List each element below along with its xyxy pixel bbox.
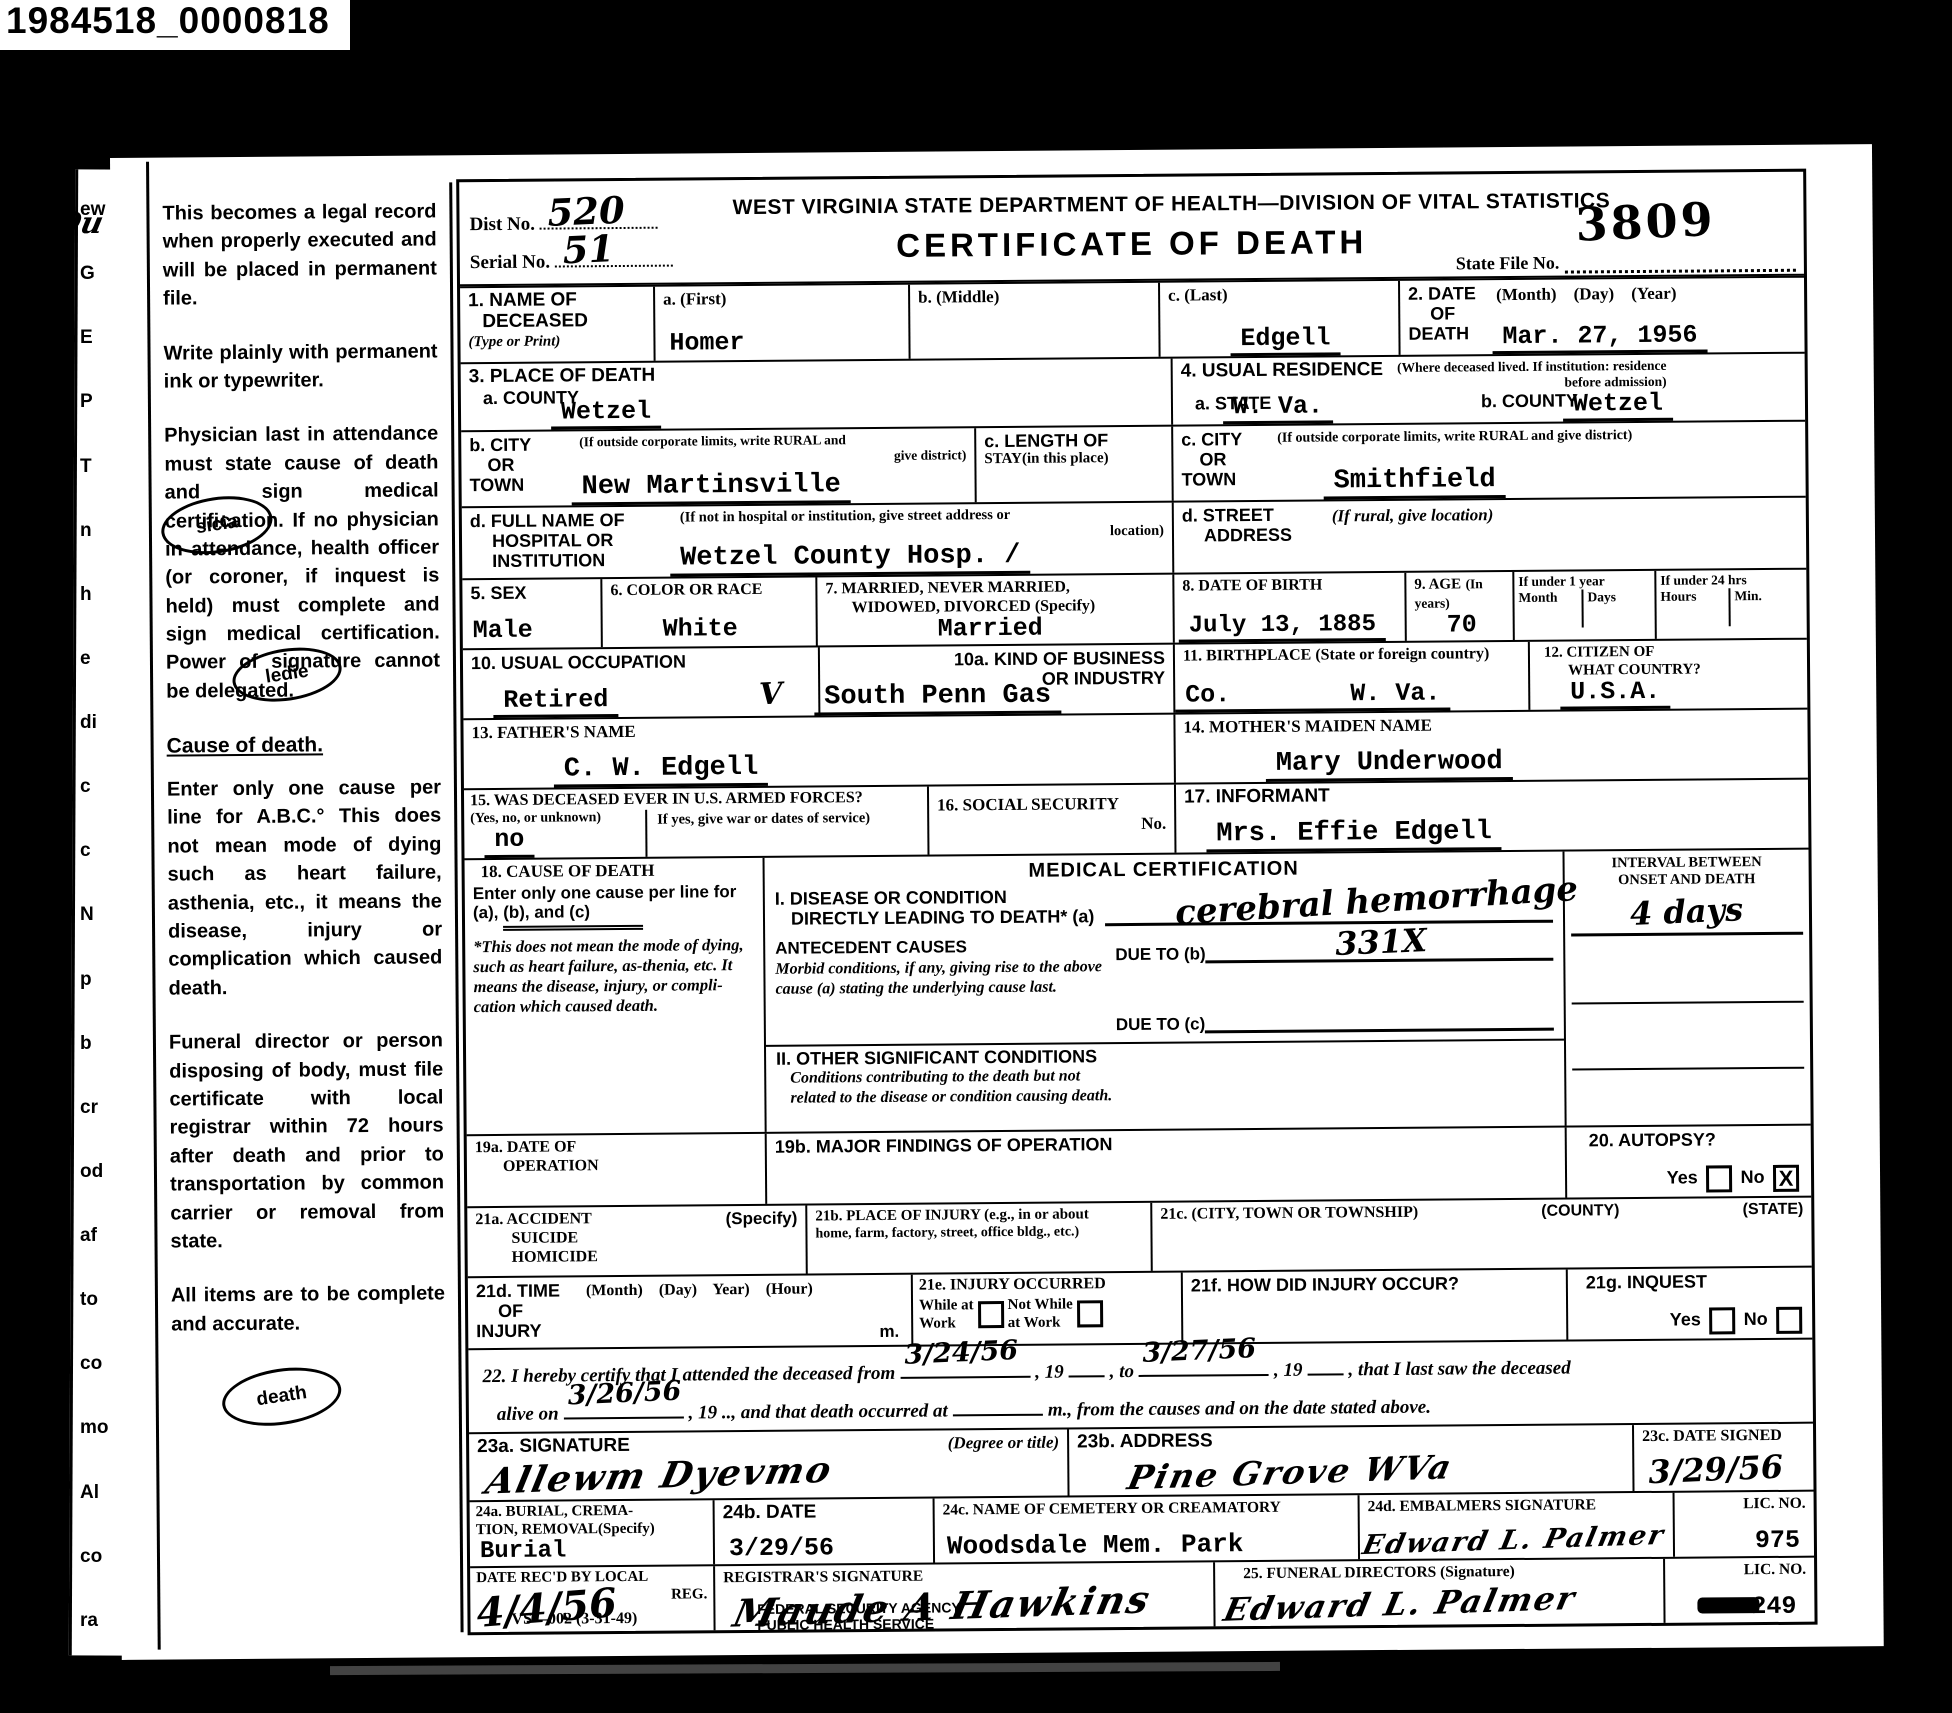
field-18-cause-of-death: 18. CAUSE OF DEATH Enter only one cause … xyxy=(465,858,767,1134)
date-of-birth-value: July 13, 1885 xyxy=(1179,612,1386,643)
death-certificate-document: This becomes a legal record when properl… xyxy=(110,144,1884,1660)
torn-edge-fragment: co xyxy=(80,1354,110,1373)
city-value: New Martinsville xyxy=(571,471,850,506)
field-label: 21f. HOW DID INJURY OCCUR? xyxy=(1191,1273,1558,1296)
torn-edge-fragment: G xyxy=(80,264,110,283)
scan-artifact-streak xyxy=(330,1662,1280,1675)
while-at-work-label: While at xyxy=(919,1297,974,1315)
disease-condition-line: I. DISEASE OR CONDITION DIRECTLY LEADING… xyxy=(775,883,1553,929)
handwritten-check-mark: V xyxy=(758,676,783,712)
field-label: 4. USUAL RESIDENCE xyxy=(1181,360,1384,393)
field-23c-date-signed: 23c. DATE SIGNED 3/29/56 xyxy=(1634,1424,1814,1491)
due-to-b-value: 331X xyxy=(1335,921,1428,963)
field-label: TOWN xyxy=(1181,469,1277,490)
certificate-form: Dist No. 520 Serial No. 51 WEST VIRGINIA… xyxy=(456,169,1817,1636)
certify-text: , 19 xyxy=(1035,1362,1064,1383)
field-label: (COUNTY) xyxy=(1541,1202,1619,1221)
embalmer-license-value: 975 xyxy=(1755,1528,1800,1555)
field-label: 23c. DATE SIGNED xyxy=(1642,1427,1805,1447)
burial-date-value: 3/29/56 xyxy=(729,1535,834,1562)
field-note: Month xyxy=(1518,589,1581,627)
field-7-marital-status: 7. MARRIED, NEVER MARRIED, WIDOWED, DIVO… xyxy=(817,575,1175,646)
field-label: (STATE) xyxy=(1743,1201,1804,1220)
race-value: White xyxy=(663,616,738,643)
torn-edge-fragment: b xyxy=(80,1034,110,1053)
age-value: 70 xyxy=(1447,612,1477,638)
field-1a-first-name: a. (First) Homer xyxy=(655,285,911,361)
field-1-name-of-deceased: 1. NAME OF DECEASED (Type or Print) xyxy=(460,287,656,363)
date-signed-value: 3/29/56 xyxy=(1648,1448,1784,1492)
field-label: 12. CITIZEN OF xyxy=(1538,643,1799,663)
due-to-b-label: DUE TO (b) xyxy=(1115,945,1206,965)
field-label: 9. AGE xyxy=(1414,576,1461,592)
certify-text: , 19 .. xyxy=(689,1402,732,1423)
field-label: 23a. SIGNATURE xyxy=(477,1436,630,1458)
due-to-b-line: DUE TO (b) 331X xyxy=(1115,933,1553,964)
certify-text: 22. I hereby certify that I attended the… xyxy=(482,1363,895,1387)
field-label: INSTITUTION xyxy=(470,550,680,572)
field-label: 13. FATHER'S NAME xyxy=(471,718,1165,743)
informant-value: Mrs. Effie Edgell xyxy=(1206,818,1502,853)
interval-value: 4 days xyxy=(1630,890,1745,933)
field-3d-hospital: d. FULL NAME OF HOSPITAL OR INSTITUTION … xyxy=(462,503,1175,579)
field-note: home, farm, factory, street, office bldg… xyxy=(815,1224,1142,1243)
residence-city-value: Smithfield xyxy=(1323,466,1505,500)
row-parents: 13. FATHER'S NAME C. W. Edgell 14. MOTHE… xyxy=(463,708,1808,789)
field-17-informant: 17. INFORMANT Mrs. Effie Edgell xyxy=(1176,780,1809,853)
not-while-at-work-checkbox xyxy=(1077,1300,1103,1327)
torn-edge-fragment: cr xyxy=(80,1098,110,1117)
field-24b-date: 24b. DATE 3/29/56 xyxy=(715,1499,935,1565)
field-24a-burial: 24a. BURIAL, CREMA- TION, REMOVAL(Specif… xyxy=(470,1500,715,1566)
blank-line xyxy=(953,1396,1043,1417)
field-label: 10a. KIND OF BUSINESS xyxy=(828,648,1165,671)
field-11-birthplace: 11. BIRTHPLACE (State or foreign country… xyxy=(1175,642,1531,713)
blank-line xyxy=(1307,1355,1343,1375)
cause-of-death-heading: Cause of death. xyxy=(167,730,441,762)
county-value: Wetzel xyxy=(551,398,661,429)
field-label: 25. FUNERAL DIRECTORS (Signature) xyxy=(1223,1562,1655,1584)
birthplace-value: Co. W. Va. xyxy=(1175,680,1450,712)
blank-line xyxy=(1069,1357,1105,1377)
fathers-name-value: C. W. Edgell xyxy=(554,754,769,788)
hospital-value: Wetzel County Hosp. / xyxy=(670,541,1031,576)
handwritten-corner-mark: Du xyxy=(51,206,106,241)
medical-certification-center: MEDICAL CERTIFICATION I. DISEASE OR COND… xyxy=(765,852,1567,1132)
field-note: (If rural, give location) xyxy=(1332,503,1494,545)
ink-stamp-artifact: death xyxy=(218,1360,345,1433)
field-label: 21d. TIME xyxy=(476,1280,586,1301)
certify-text: , and that death occurred at xyxy=(731,1400,948,1423)
page-fold-line xyxy=(146,162,161,1650)
margin-paragraph: Funeral director or person disposing of … xyxy=(169,1027,445,1256)
field-9-age: 9. AGE (In years) 70 xyxy=(1406,572,1515,641)
interval-label: ONSET AND DEATH xyxy=(1571,871,1803,890)
time-columns-label: (Month) (Day) Year) (Hour) xyxy=(586,1279,813,1341)
field-note: (Degree or title) xyxy=(948,1433,1060,1455)
field-3b-city-or-town: b. CITY OR TOWN (If outside corporate li… xyxy=(461,428,977,506)
field-label: ADDRESS xyxy=(1182,525,1332,546)
margin-paragraph: Write plainly with permanent ink or type… xyxy=(163,337,437,396)
field-3-place-of-death: 3. PLACE OF DEATH a. COUNTY Wetzel xyxy=(461,359,1173,431)
blank-line xyxy=(1205,1003,1554,1034)
attended-from-value: 3/24/56 xyxy=(903,1324,1019,1383)
field-21d-time-of-injury: 21d. TIME OF INJURY (Month) (Day) Year) … xyxy=(468,1275,914,1348)
field-note: If yes, give war or dates of service) xyxy=(645,808,921,857)
field-label: DEATH xyxy=(1408,323,1496,344)
autopsy-no-label: No xyxy=(1741,1167,1765,1187)
field-label: DECEASED xyxy=(468,311,645,333)
margin-instructions: This becomes a legal record when properl… xyxy=(162,197,445,1364)
field-1b-middle-name: b. (Middle) xyxy=(910,283,1161,359)
torn-edge-fragments: ew G E P T n h e di c c N p b cr od af t… xyxy=(80,200,110,1630)
field-label: I. DISEASE OR CONDITION xyxy=(775,886,1105,909)
field-label: LIC. NO. xyxy=(1673,1561,1806,1580)
state-file-number-stamp: 3809 xyxy=(1574,192,1716,252)
occupation-value: Retired xyxy=(493,687,618,718)
inquest-yes-checkbox xyxy=(1709,1307,1735,1334)
armed-forces-value: no xyxy=(484,827,534,858)
field-12-citizen-of: 12. CITIZEN OF WHAT COUNTRY? U.S.A. xyxy=(1530,640,1808,710)
torn-edge-fragment: to xyxy=(80,1290,110,1309)
field-label: 6. COLOR OR RACE xyxy=(610,581,807,601)
physician-address-value: Pine Grove WVa xyxy=(1124,1447,1456,1497)
field-label: No. xyxy=(937,814,1166,836)
torn-edge-fragment: di xyxy=(80,713,110,732)
field-label: c. (Last) xyxy=(1168,284,1390,306)
form-number: VS—002 (3-31-49) xyxy=(511,1610,637,1630)
field-label: b. (Middle) xyxy=(918,286,1150,308)
due-to-c-label: DUE TO (c) xyxy=(1116,1015,1206,1035)
field-19a-date-of-operation: 19a. DATE OF OPERATION xyxy=(467,1134,768,1206)
field-label: 19a. DATE OF xyxy=(475,1137,757,1158)
field-1c-last-name: c. (Last) Edgell xyxy=(1160,281,1401,357)
margin-paragraph: All items are to be complete and accurat… xyxy=(171,1280,445,1339)
cemetery-value: Woodsdale Mem. Park xyxy=(947,1531,1244,1561)
inquest-yes-label: Yes xyxy=(1670,1309,1701,1329)
field-label: 24c. NAME OF CEMETERY OR CREAMATORY xyxy=(943,1498,1350,1519)
stamp-text: sicia xyxy=(194,511,239,539)
torn-edge-fragment: p xyxy=(80,970,110,989)
field-6-color-or-race: 6. COLOR OR RACE White xyxy=(602,577,818,647)
field-label: b. CITY xyxy=(469,434,579,455)
serial-no-label: Serial No. xyxy=(470,252,550,274)
due-to-c-line: DUE TO (c) xyxy=(1116,1003,1554,1034)
field-note: Enter only one cause per line for (a), (… xyxy=(473,882,755,922)
field-label: INJURY xyxy=(476,1321,586,1342)
field-label: OR xyxy=(1181,449,1277,470)
embalmer-signature-value: Edward L. Palmer xyxy=(1360,1520,1668,1561)
field-note: Morbid conditions, if any, giving rise t… xyxy=(775,958,1105,1000)
ink-mark xyxy=(1697,1597,1759,1613)
field-21g-inquest: 21g. INQUEST Yes No xyxy=(1568,1268,1813,1340)
torn-edge-fragment: E xyxy=(80,328,110,347)
torn-edge-fragment: P xyxy=(80,392,110,411)
field-8-date-of-birth: 8. DATE OF BIRTH July 13, 1885 xyxy=(1174,573,1407,643)
field-24c-cemetery: 24c. NAME OF CEMETERY OR CREAMATORY Wood… xyxy=(935,1495,1360,1562)
field-23a-signature: 23a. SIGNATURE (Degree or title) Allewm … xyxy=(469,1430,1069,1501)
header-numbers: Dist No. 520 Serial No. 51 xyxy=(469,207,673,285)
field-2-date-of-death: 2. DATE OF DEATH (Month) (Day) (Year) Ma… xyxy=(1400,278,1805,355)
row-place-of-death-residence: 3. PLACE OF DEATH a. COUNTY Wetzel 4. US… xyxy=(461,352,1805,431)
medical-certification-block: 18. CAUSE OF DEATH Enter only one cause … xyxy=(465,848,1811,1135)
torn-edge-fragment: T xyxy=(80,457,110,476)
certify-text: , that I last saw the deceased xyxy=(1348,1358,1570,1381)
field-21b-place-of-injury: 21b. PLACE OF INJURY (e.g., in or about … xyxy=(807,1203,1153,1274)
field-label: 23b. ADDRESS xyxy=(1077,1428,1624,1453)
serial-no-value: 51 xyxy=(562,226,615,272)
certificate-header: Dist No. 520 Serial No. 51 WEST VIRGINIA… xyxy=(459,172,1804,287)
row-burial: 24a. BURIAL, CREMA- TION, REMOVAL(Specif… xyxy=(470,1490,1814,1567)
dist-no-label: Dist No. xyxy=(469,214,535,236)
field-9-under-1-year: If under 1 year Month Days xyxy=(1514,571,1657,640)
field-label: a. (First) xyxy=(663,288,900,310)
torn-edge-fragment: od xyxy=(80,1162,110,1181)
torn-edge-fragment: c xyxy=(80,841,110,860)
torn-edge-fragment: n xyxy=(80,521,110,540)
field-label: 21g. INQUEST xyxy=(1576,1271,1804,1293)
field-label: HOMICIDE xyxy=(476,1247,726,1268)
field-21a-accident-suicide-homicide: 21a. ACCIDENT SUICIDE HOMICIDE (Specify) xyxy=(467,1206,808,1277)
certify-text: , to xyxy=(1110,1361,1134,1382)
field-label: TION, REMOVAL(Specify) xyxy=(476,1520,707,1540)
field-label: 18. CAUSE OF DEATH xyxy=(473,860,755,882)
field-note: If under 1 year xyxy=(1518,573,1650,590)
row-name-and-date-of-death: 1. NAME OF DECEASED (Type or Print) a. (… xyxy=(460,276,1805,363)
blank-line: 331X xyxy=(1206,933,1554,964)
interval-value-line: 4 days xyxy=(1571,892,1803,937)
field-19b-major-findings: 19b. MAJOR FINDINGS OF OPERATION xyxy=(767,1128,1568,1204)
marital-status-value: Married xyxy=(938,615,1043,642)
field-label: 19b. MAJOR FINDINGS OF OPERATION xyxy=(775,1131,1557,1157)
field-note: give district) xyxy=(579,447,966,466)
last-seen-alive-field: 3/26/56 xyxy=(564,1399,684,1420)
attended-to-field: 3/27/56 xyxy=(1139,1356,1269,1377)
first-name-value: Homer xyxy=(669,330,744,357)
field-23b-address: 23b. ADDRESS Pine Grove WVa xyxy=(1069,1425,1635,1495)
field-label: 21a. ACCIDENT xyxy=(475,1209,725,1230)
torn-edge-fragment: co xyxy=(80,1547,110,1566)
antecedent-causes-label: ANTECEDENT CAUSES xyxy=(775,937,1105,959)
torn-edge-fragment: h xyxy=(80,585,110,604)
field-note: (Specify) xyxy=(725,1209,797,1266)
state-file-no-label: State File No. xyxy=(1456,253,1560,275)
field-3c-length-of-stay: c. LENGTH OF STAY(in this place) xyxy=(976,427,1174,503)
field-4-usual-residence: 4. USUAL RESIDENCE (Where deceased lived… xyxy=(1173,354,1805,425)
not-while-at-work-label: at Work xyxy=(1008,1314,1073,1332)
burial-value: Burial xyxy=(480,1538,567,1564)
field-label: SUICIDE xyxy=(475,1228,725,1249)
row-hospital-street: d. FULL NAME OF HOSPITAL OR INSTITUTION … xyxy=(462,496,1807,579)
autopsy-no-checkbox: X xyxy=(1773,1165,1799,1192)
autopsy-yes-label: Yes xyxy=(1667,1167,1698,1187)
not-while-at-work-label: Not While xyxy=(1008,1296,1073,1314)
date-of-death-value: Mar. 27, 1956 xyxy=(1492,322,1707,354)
field-21c-location: 21c. (CITY, TOWN OR TOWNSHIP) (COUNTY) (… xyxy=(1152,1198,1812,1271)
field-24d-embalmer-signature: 24d. EMBALMERS SIGNATURE Edward L. Palme… xyxy=(1360,1493,1675,1559)
mothers-maiden-name-value: Mary Underwood xyxy=(1266,748,1513,782)
last-name-value: Edgell xyxy=(1230,325,1340,356)
torn-edge-fragment: af xyxy=(80,1226,110,1245)
field-label: 24b. DATE xyxy=(723,1502,925,1524)
scan-id-label: 1984518_0000818 xyxy=(0,0,350,50)
field-label: TOWN xyxy=(470,475,580,496)
blank-line xyxy=(1572,1067,1804,1071)
meridiem-label: m. xyxy=(879,1322,899,1341)
certify-text: alive on xyxy=(497,1404,559,1425)
row-operation-autopsy: 19a. DATE OF OPERATION 19b. MAJOR FINDIN… xyxy=(467,1124,1812,1207)
torn-edge-fragment: Al xyxy=(80,1483,110,1502)
stamp-text: death xyxy=(255,1382,308,1411)
row-time-of-injury: 21d. TIME OF INJURY (Month) (Day) Year) … xyxy=(468,1266,1813,1349)
field-note: Min. xyxy=(1728,588,1802,627)
row-armed-forces-informant: 15. WAS DECEASED EVER IN U.S. ARMED FORC… xyxy=(464,778,1809,859)
field-label: 24a. BURIAL, CREMA- xyxy=(476,1502,707,1522)
business-value: South Penn Gas xyxy=(814,681,1061,715)
field-note: If under 24 hrs xyxy=(1660,572,1802,589)
field-label: STAY(in this place) xyxy=(984,450,1163,469)
field-20-autopsy: 20. AUTOPSY? Yes No X xyxy=(1567,1126,1812,1198)
field-14-mothers-maiden-name: 14. MOTHER'S MAIDEN NAME Mary Underwood xyxy=(1175,710,1808,783)
field-sublabel: (Type or Print) xyxy=(468,332,645,352)
field-note: Hours xyxy=(1660,588,1728,627)
field-label: 8. DATE OF BIRTH xyxy=(1182,576,1396,597)
field-9-under-24-hrs: If under 24 hrs Hours Min. xyxy=(1656,570,1807,639)
citizenship-value: U.S.A. xyxy=(1560,679,1670,710)
field-16-social-security: 16. SOCIAL SECURITY No. xyxy=(929,785,1177,855)
field-label: DIRECTLY LEADING TO DEATH* (a) xyxy=(775,906,1105,929)
field-10-usual-occupation: 10. USUAL OCCUPATION Retired V xyxy=(463,647,821,718)
blank-line xyxy=(1572,1001,1804,1005)
field-label: 10. USUAL OCCUPATION xyxy=(471,651,810,674)
residence-county-value: Wetzel xyxy=(1563,390,1673,421)
row-physician-signature: 23a. SIGNATURE (Degree or title) Allewm … xyxy=(469,1422,1813,1501)
field-15-armed-forces: 15. WAS DECEASED EVER IN U.S. ARMED FORC… xyxy=(464,787,930,859)
inquest-no-label: No xyxy=(1744,1309,1768,1329)
field-label: d. FULL NAME OF xyxy=(470,510,680,532)
sex-value: Male xyxy=(473,617,533,644)
field-label: 5. SEX xyxy=(470,582,592,603)
state-value: W. Va. xyxy=(1223,393,1333,424)
field-label: 21e. INJURY OCCURRED xyxy=(919,1275,1175,1296)
field-label: OF xyxy=(476,1300,586,1321)
inquest-no-checkbox xyxy=(1776,1307,1802,1334)
field-label: 11. BIRTHPLACE (State or foreign country… xyxy=(1183,645,1520,667)
interval-column: INTERVAL BETWEEN ONSET AND DEATH 4 days xyxy=(1564,850,1810,1126)
field-label: d. STREET xyxy=(1182,504,1332,525)
field-label: 1. NAME OF xyxy=(468,290,645,312)
torn-edge-fragment: ra xyxy=(80,1611,110,1630)
torn-edge-fragment: e xyxy=(80,649,110,668)
field-label: OPERATION xyxy=(475,1156,757,1177)
field-label: LIC. NO. xyxy=(1683,1495,1806,1514)
field-13-fathers-name: 13. FATHER'S NAME C. W. Edgell xyxy=(463,715,1176,789)
field-label: 16. SOCIAL SECURITY xyxy=(937,788,1166,816)
state-file-no-field: State File No. xyxy=(1456,251,1796,275)
row-accident-place-of-injury: 21a. ACCIDENT SUICIDE HOMICIDE (Specify)… xyxy=(467,1196,1812,1277)
row-sex-race-marital-birth: 5. SEX Male 6. COLOR OR RACE White 7. MA… xyxy=(462,568,1807,649)
field-label: 2. DATE xyxy=(1408,283,1496,304)
field-10a-kind-of-business: 10a. KIND OF BUSINESS OR INDUSTRY South … xyxy=(820,645,1176,716)
torn-edge-fragment: N xyxy=(80,905,110,924)
row-certification-statement: 22. I hereby certify that I attended the… xyxy=(468,1338,1813,1433)
field-4d-street-address: d. STREET ADDRESS (If rural, give locati… xyxy=(1174,498,1807,573)
row-city-town: b. CITY OR TOWN (If outside corporate li… xyxy=(461,420,1806,507)
field-note: *This does not mean the mode of dying, s… xyxy=(473,935,756,1018)
field-label: OR xyxy=(469,454,579,475)
field-label: c. LENGTH OF xyxy=(984,430,1163,452)
attended-from-field: 3/24/56 xyxy=(900,1358,1030,1379)
interval-label: INTERVAL BETWEEN xyxy=(1571,854,1803,873)
certify-text: m., from the causes and on the date stat… xyxy=(1048,1397,1431,1421)
stamp-text: ledie xyxy=(264,661,310,689)
dotted-line xyxy=(1565,254,1796,274)
serial-no-field: 51 xyxy=(555,245,673,268)
field-22-certification: 22. I hereby certify that I attended the… xyxy=(468,1340,1813,1433)
field-label: 14. MOTHER'S MAIDEN NAME xyxy=(1183,713,1799,738)
field-5-sex: 5. SEX Male xyxy=(462,579,603,648)
field-label: 21c. (CITY, TOWN OR TOWNSHIP) xyxy=(1160,1204,1418,1225)
field-label: 24d. EMBALMERS SIGNATURE xyxy=(1368,1496,1665,1517)
attended-to-value: 3/27/56 xyxy=(1142,1322,1258,1381)
torn-edge-fragment: c xyxy=(80,777,110,796)
field-label: 20. AUTOPSY? xyxy=(1575,1129,1803,1151)
blank-line: cerebral hemorrhage xyxy=(1105,887,1553,927)
field-note: Days xyxy=(1581,589,1650,628)
certify-text: , 19 xyxy=(1274,1360,1303,1381)
row-occupation-birthplace: 10. USUAL OCCUPATION Retired V 10a. KIND… xyxy=(463,638,1808,719)
torn-edge-fragment: mo xyxy=(80,1418,110,1437)
field-label: 17. INFORMANT xyxy=(1184,783,1800,809)
margin-paragraph: Enter only one cause per line for A.B.C.… xyxy=(167,773,443,1002)
field-registrar-signature: REGISTRAR'S SIGNATURE Maude A Hawkins xyxy=(715,1562,1215,1630)
field-4c-city-or-town: c. CITY OR TOWN (If outside corporate li… xyxy=(1173,422,1806,501)
field-label: c. CITY xyxy=(1181,429,1277,450)
divider-rule xyxy=(503,925,643,931)
margin-paragraph: This becomes a legal record when properl… xyxy=(162,197,437,313)
field-label: OF xyxy=(1408,303,1496,324)
field-24-license-number: LIC. NO. 975 xyxy=(1675,1492,1814,1557)
field-label: HOSPITAL OR xyxy=(470,530,680,552)
last-seen-alive-value: 3/26/56 xyxy=(566,1365,682,1424)
autopsy-yes-checkbox xyxy=(1706,1165,1732,1192)
other-significant-conditions: II. OTHER SIGNIFICANT CONDITIONS Conditi… xyxy=(766,1039,1564,1110)
